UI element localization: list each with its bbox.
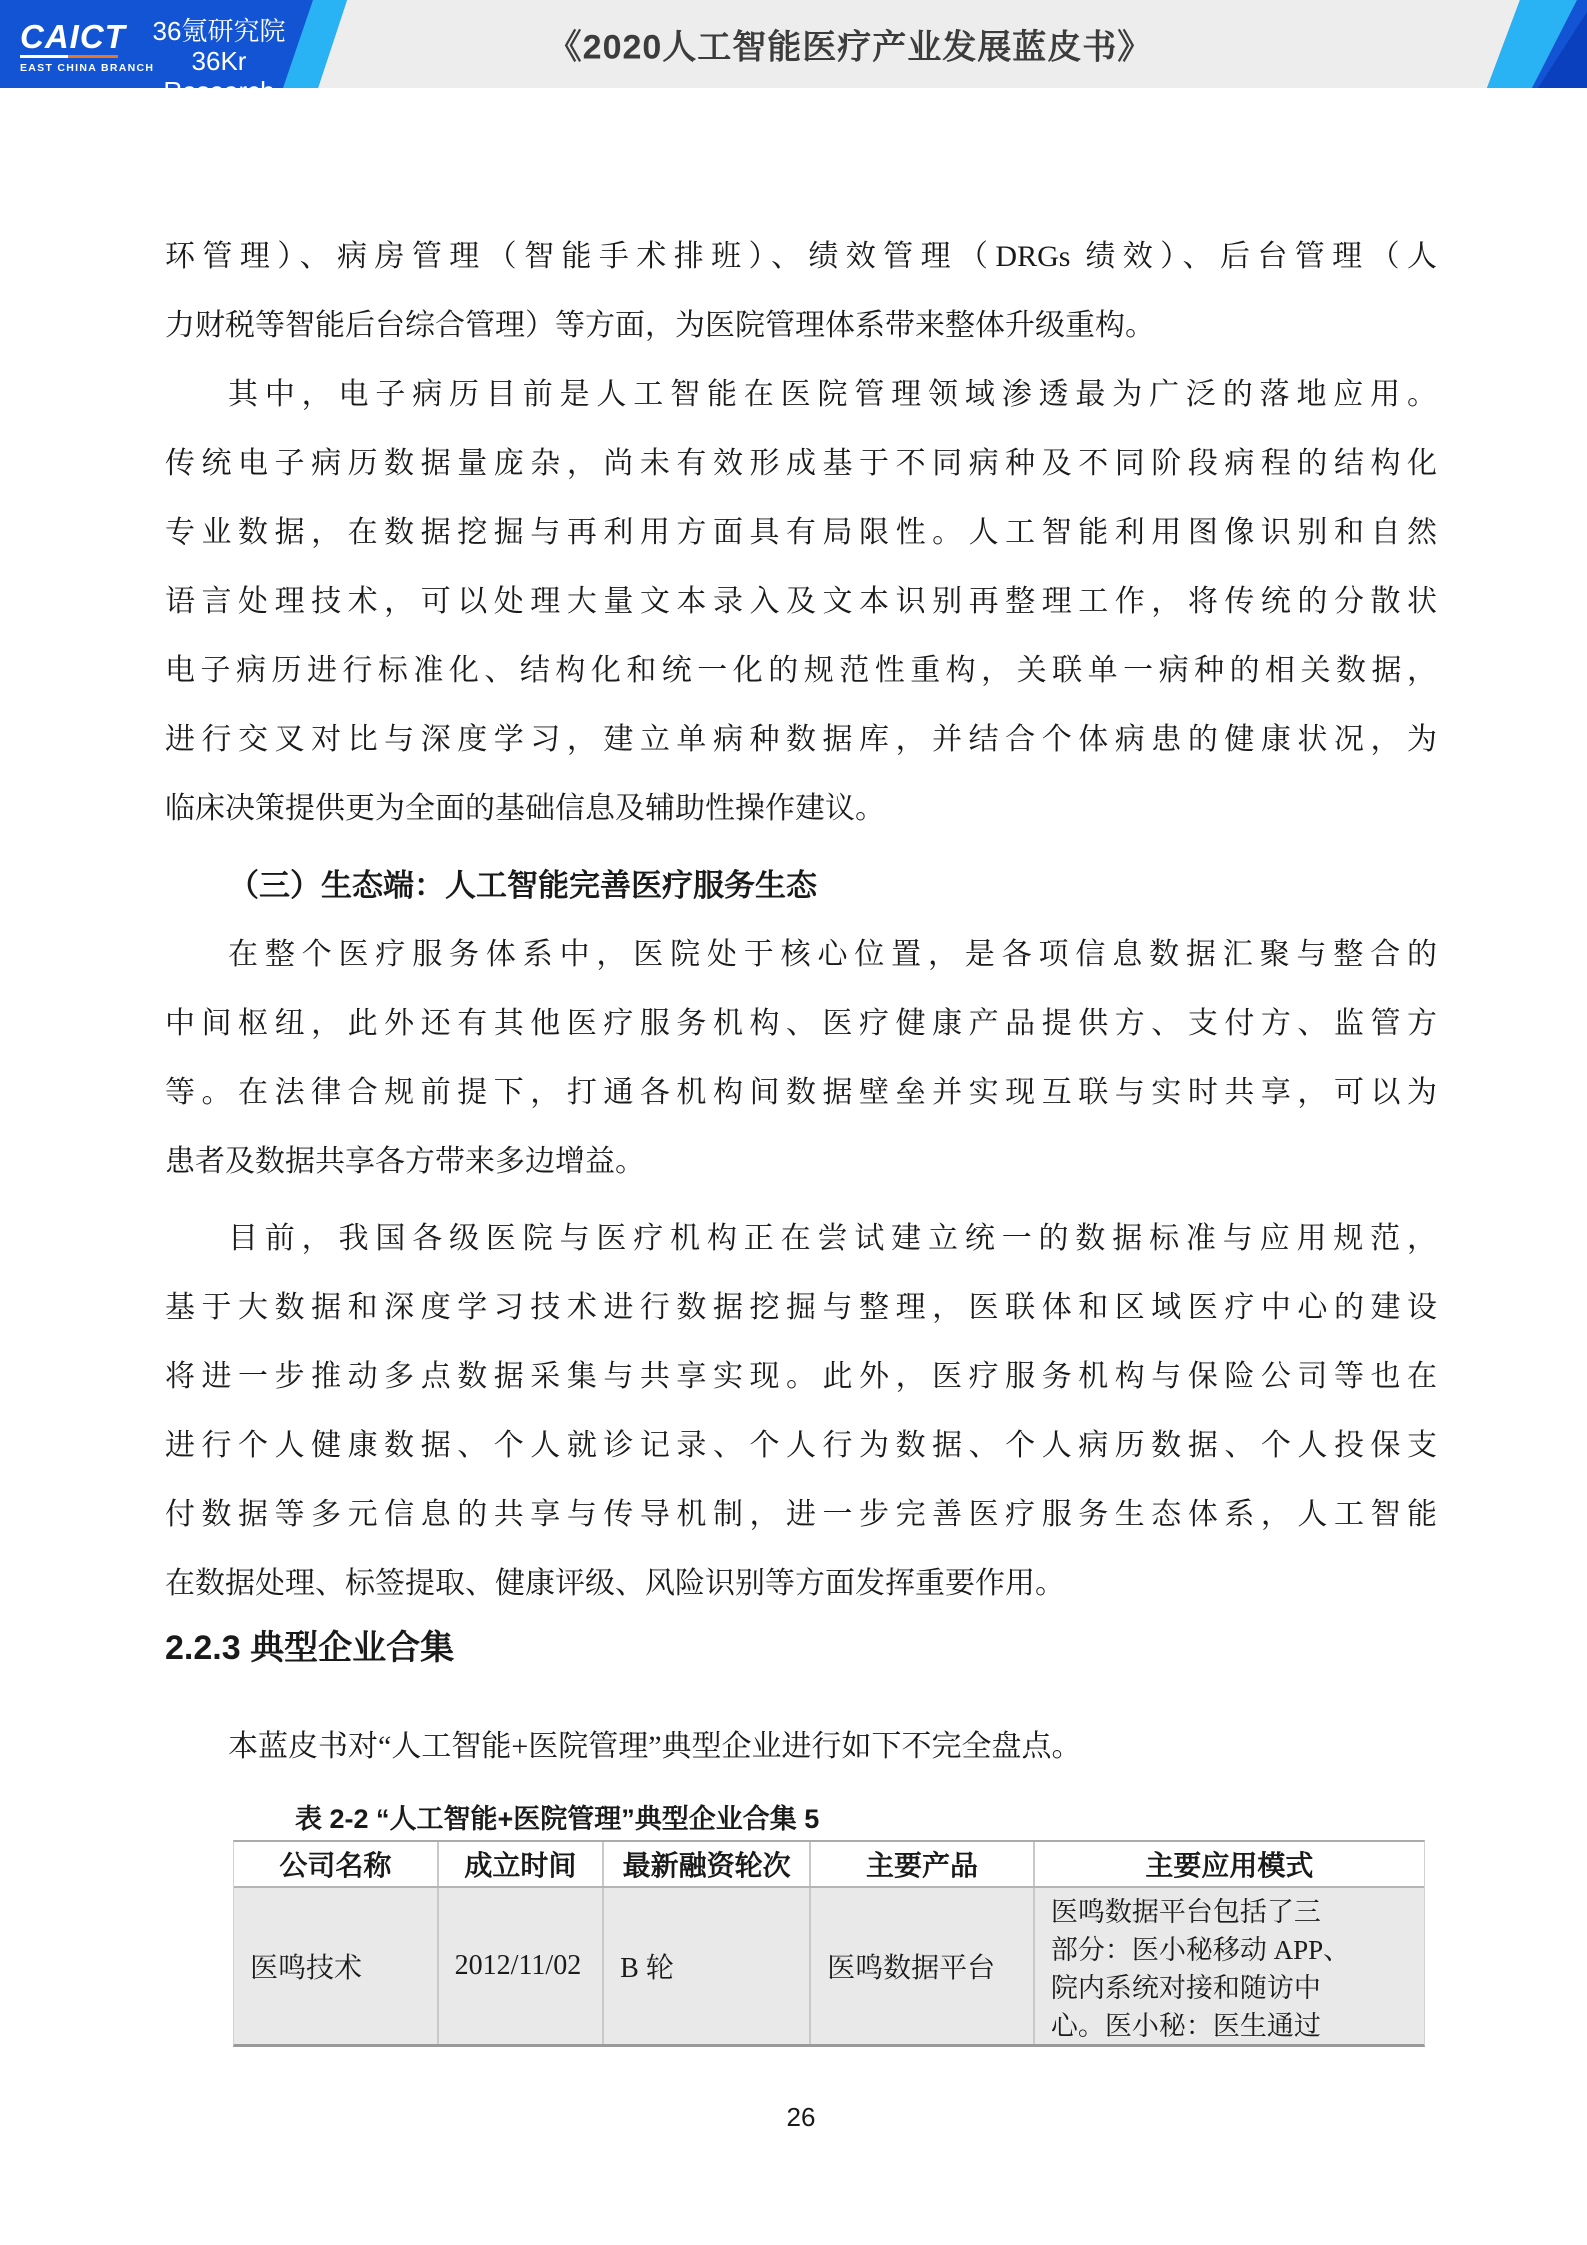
body-line: 基于大数据和深度学习技术进行数据挖掘与整理，医联体和区域医疗中心的建设 bbox=[165, 1273, 1437, 1342]
cell-company: 医鸣技术 bbox=[234, 1888, 439, 2044]
intro-line: 本蓝皮书对“人工智能+医院管理”典型企业进行如下不完全盘点。 bbox=[165, 1712, 1437, 1781]
caict-logo-text: CAICT bbox=[20, 20, 140, 53]
cell-mode: 医鸣数据平台包括了三 部分：医小秘移动 APP、 院内系统对接和随访中 心。医小… bbox=[1035, 1888, 1424, 2044]
table-header-row: 公司名称 成立时间 最新融资轮次 主要产品 主要应用模式 bbox=[234, 1842, 1424, 1888]
cell-mode-line: 部分：医小秘移动 APP、 bbox=[1051, 1931, 1350, 1969]
org-block: 36氪研究院 36Kr Research bbox=[140, 16, 298, 88]
cell-founded: 2012/11/02 bbox=[439, 1888, 604, 2044]
cell-mode-line: 院内系统对接和随访中 bbox=[1051, 1969, 1321, 2007]
body-line: 付数据等多元信息的共享与传导机制，进一步完善医疗服务生态体系，人工智能 bbox=[165, 1480, 1437, 1549]
caict-logo: CAICT EAST CHINA BRANCH bbox=[20, 20, 140, 74]
body-line: 其中，电子病历目前是人工智能在医院管理领域渗透最为广泛的落地应用。 bbox=[165, 360, 1437, 429]
report-title: 《2020人工智能医疗产业发展蓝皮书》 bbox=[350, 20, 1350, 69]
body-line: 语言处理技术，可以处理大量文本录入及文本识别再整理工作，将传统的分散状 bbox=[165, 567, 1437, 636]
underline-white-segment bbox=[20, 55, 68, 58]
company-table: 公司名称 成立时间 最新融资轮次 主要产品 主要应用模式 医鸣技术 2012/1… bbox=[233, 1840, 1425, 2047]
body-line: 在数据处理、标签提取、健康评级、风险识别等方面发挥重要作用。 bbox=[165, 1549, 1437, 1618]
body-line: 在整个医疗服务体系中，医院处于核心位置，是各项信息数据汇聚与整合的 bbox=[165, 920, 1437, 989]
org-name-en: 36Kr Research bbox=[140, 46, 298, 88]
page-body: 环管理）、病房管理（智能手术排班）、绩效管理（DRGs 绩效）、后台管理（人 力… bbox=[0, 88, 1587, 2132]
section-number: 2.2.3 bbox=[165, 1629, 241, 1667]
column-header-founded: 成立时间 bbox=[439, 1842, 604, 1886]
body-line: 中间枢纽，此外还有其他医疗服务机构、医疗健康产品提供方、支付方、监管方 bbox=[165, 989, 1437, 1058]
column-header-product: 主要产品 bbox=[811, 1842, 1035, 1886]
table-caption: 表 2-2 “人工智能+医院管理”典型企业合集 5 bbox=[295, 1801, 1437, 1837]
section-heading: 2.2.3 典型企业合集 bbox=[165, 1624, 1437, 1672]
caict-branch-text: EAST CHINA BRANCH bbox=[20, 62, 140, 74]
body-line: 环管理）、病房管理（智能手术排班）、绩效管理（DRGs 绩效）、后台管理（人 bbox=[165, 222, 1437, 291]
section-title: 典型企业合集 bbox=[250, 1629, 454, 1667]
body-line: 专业数据，在数据挖掘与再利用方面具有局限性。人工智能利用图像识别和自然 bbox=[165, 498, 1437, 567]
column-header-funding: 最新融资轮次 bbox=[604, 1842, 811, 1886]
body-line: 临床决策提供更为全面的基础信息及辅助性操作建议。 bbox=[165, 774, 1437, 843]
caict-logo-underline bbox=[20, 55, 118, 58]
column-header-mode: 主要应用模式 bbox=[1035, 1842, 1424, 1886]
cell-mode-line: 心。医小秘：医生通过 bbox=[1051, 2007, 1321, 2044]
body-line: 进行个人健康数据、个人就诊记录、个人行为数据、个人病历数据、个人投保支 bbox=[165, 1411, 1437, 1480]
column-header-company: 公司名称 bbox=[234, 1842, 439, 1886]
cell-product: 医鸣数据平台 bbox=[811, 1888, 1035, 2044]
subsection-heading: （三）生态端：人工智能完善医疗服务生态 bbox=[165, 851, 1437, 920]
body-line: 等。在法律合规前提下，打通各机构间数据壁垒并实现互联与实时共享，可以为 bbox=[165, 1058, 1437, 1127]
body-line: 力财税等智能后台综合管理）等方面，为医院管理体系带来整体升级重构。 bbox=[165, 291, 1437, 360]
cell-mode-line: 医鸣数据平台包括了三 bbox=[1051, 1893, 1321, 1931]
cell-funding: B 轮 bbox=[604, 1888, 811, 2044]
org-name-cn: 36氪研究院 bbox=[140, 16, 298, 46]
underline-orange-segment bbox=[68, 55, 118, 58]
body-line: 传统电子病历数据量庞杂，尚未有效形成基于不同病种及不同阶段病程的结构化 bbox=[165, 429, 1437, 498]
body-line: 进行交叉对比与深度学习，建立单病种数据库，并结合个体病患的健康状况，为 bbox=[165, 705, 1437, 774]
table-row: 医鸣技术 2012/11/02 B 轮 医鸣数据平台 医鸣数据平台包括了三 部分… bbox=[234, 1888, 1424, 2044]
page-number: 26 bbox=[165, 2102, 1437, 2132]
body-line: 将进一步推动多点数据采集与共享实现。此外，医疗服务机构与保险公司等也在 bbox=[165, 1342, 1437, 1411]
body-line: 患者及数据共享各方带来多边增益。 bbox=[165, 1127, 1437, 1196]
body-line: 目前，我国各级医院与医疗机构正在尝试建立统一的数据标准与应用规范， bbox=[165, 1204, 1437, 1273]
body-line: 电子病历进行标准化、结构化和统一化的规范性重构，关联单一病种的相关数据， bbox=[165, 636, 1437, 705]
page-header: CAICT EAST CHINA BRANCH 36氪研究院 36Kr Rese… bbox=[0, 0, 1587, 88]
